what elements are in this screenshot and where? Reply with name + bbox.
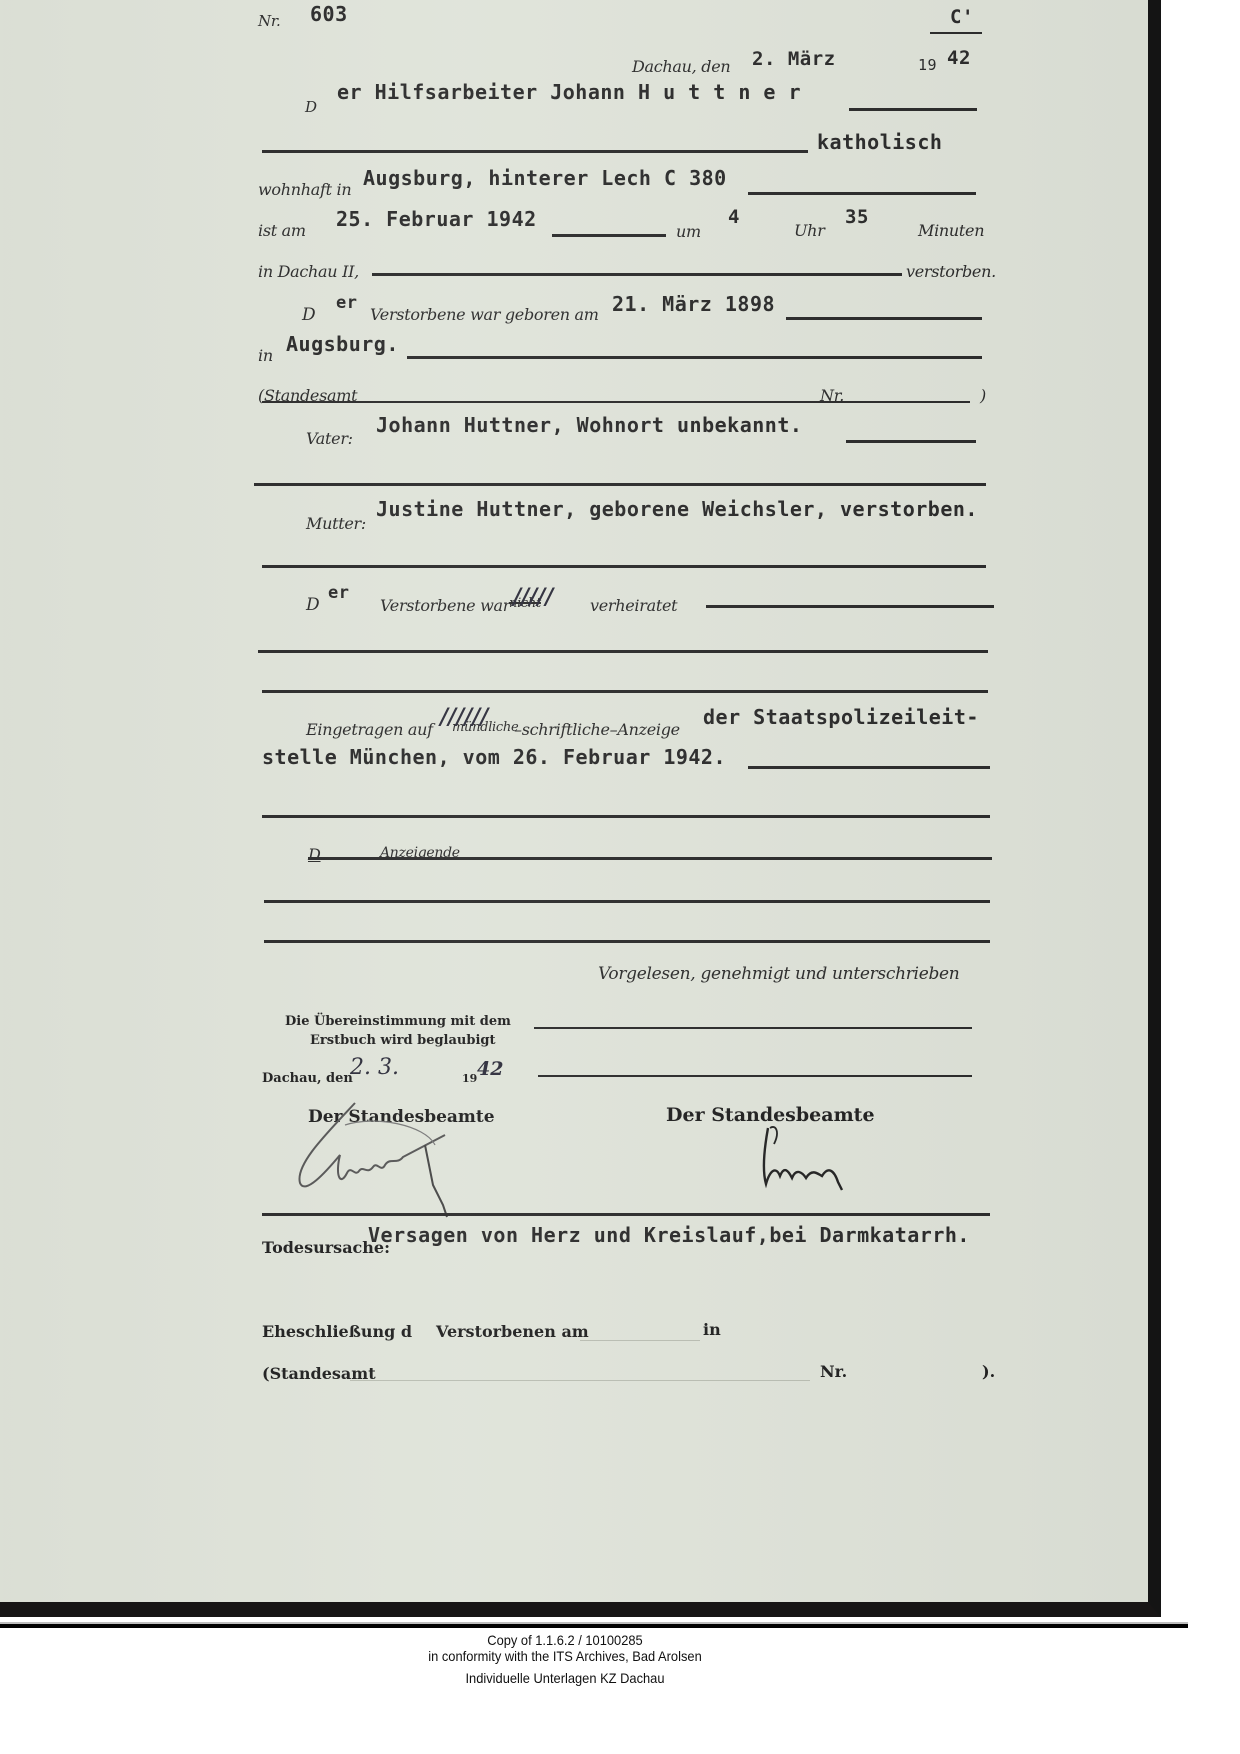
signature-right [756,1120,856,1195]
corner-underline [930,32,982,34]
signature-left [285,1095,465,1225]
cause-value: Versagen von Herz und Kreislauf,bei Darm… [368,1223,970,1247]
birth-label: Verstorbene war geboren am [370,305,599,324]
married-prefix-er: er [328,583,349,603]
death-date-label: ist am [258,221,306,240]
informant-rule [308,857,992,860]
salutation-prefix: D [305,98,317,116]
strikethrough-marks: ///// [513,584,553,610]
number-label: Nr. [258,12,281,30]
religion-value: katholisch [817,130,942,154]
footer-conformity-line: in conformity with the ITS Archives, Bad… [45,1648,1085,1664]
corner-mark: C' [950,6,974,28]
father-value: Johann Huttner, Wohnort unbekannt. [376,413,802,437]
sign-rule-2 [538,1075,972,1077]
birth-date-rule [786,317,982,320]
residence-value: Augsburg, hinterer Lech C 380 [363,166,727,190]
birth-prefix-er: er [336,293,357,313]
cert-date-value: 2. 3. [350,1055,399,1080]
mother-rule [262,565,986,568]
married-prefix-d: D [306,595,319,615]
residence-line-rule [748,192,976,195]
informant-prefix: D [308,845,321,864]
birth-place-rule [407,356,982,359]
certified-line-2: Erstbuch wird beglaubigt [310,1033,496,1048]
footer-rule [0,1622,1188,1628]
footer-collection-line: Individuelle Unterlagen KZ Dachau [45,1670,1085,1686]
marriage-registry-faint-rule [350,1380,810,1381]
marriage-label-a: Eheschließung d [262,1322,412,1341]
time-um-label: um [676,222,701,241]
deceased-name-line: er Hilfsarbeiter Johann H u t t n e r [337,80,801,104]
birth-place-value: Augsburg. [286,332,399,356]
entered-rule [748,766,990,769]
died-label: verstorben. [906,262,996,281]
entered-label-a: Eingetragen auf [306,720,433,739]
blank-rule-5 [264,940,990,943]
death-date-rule [552,234,666,237]
blank-rule-2 [262,690,988,693]
read-approved-text: Vorgelesen, genehmigt und unterschrieben [598,964,959,984]
blank-rule-4 [264,900,990,903]
registry-close: ) [980,386,986,405]
registry-rule [262,401,970,403]
date-value: 2. März [752,48,836,70]
hour-label: Uhr [794,221,825,240]
death-certificate-scan: Nr. 603 C' Dachau, den 2. März 19 42 D e… [0,0,1161,1617]
cert-year-value: 42 [477,1058,503,1080]
married-rule [706,605,994,608]
year-value: 42 [947,47,971,69]
cert-year-prefix: 19 [462,1072,477,1085]
strikethrough-marks-2: ////// [440,704,488,730]
footer-copy-line: Copy of 1.1.6.2 / 10100285 [45,1632,1085,1648]
death-place-rule [372,273,902,276]
father-label: Vater: [306,429,353,448]
marriage-close: ). [982,1362,995,1381]
hour-value: 4 [728,206,740,228]
birth-place-label: in [258,346,273,365]
marriage-label-b: Verstorbenen am [436,1322,589,1341]
death-place-label: in Dachau II, [258,262,359,281]
entered-value-a: der Staatspolizeileit- [703,705,979,729]
number-value: 603 [310,2,348,26]
marriage-faint-rule [580,1340,700,1341]
married-label-b: verheiratet [590,596,677,615]
place-date-label: Dachau, den [632,57,730,76]
sign-rule-1 [534,1027,972,1029]
marriage-in-label: in [703,1320,721,1339]
mother-label: Mutter: [306,514,366,533]
residence-label: wohnhaft in [258,180,351,199]
death-date-value: 25. Februar 1942 [336,207,537,231]
cert-place-label: Dachau, den [262,1071,353,1086]
blank-rule-3 [262,815,990,818]
religion-line-rule [262,150,808,153]
year-prefix: 19 [918,56,937,74]
certified-line-1: Die Übereinstimmung mit dem [285,1014,511,1029]
registry-nr-label: Nr. [820,386,844,405]
married-label-a: Verstorbene war [380,596,510,615]
entered-value-b: stelle München, vom 26. Februar 1942. [262,745,726,769]
mother-value: Justine Huttner, geborene Weichsler, ver… [376,497,978,521]
father-rule [846,440,976,443]
cause-top-rule [262,1213,990,1216]
birth-date-value: 21. März 1898 [612,292,775,316]
entered-label-b: –schriftliche–Anzeige [514,720,680,739]
name-line-rule [849,108,977,111]
minute-value: 35 [845,206,869,228]
birth-prefix-d: D [302,305,315,325]
marriage-nr-label: Nr. [820,1362,847,1381]
minute-label: Minuten [918,221,984,240]
blank-rule-1 [258,650,988,653]
father-rule-2 [254,483,986,486]
